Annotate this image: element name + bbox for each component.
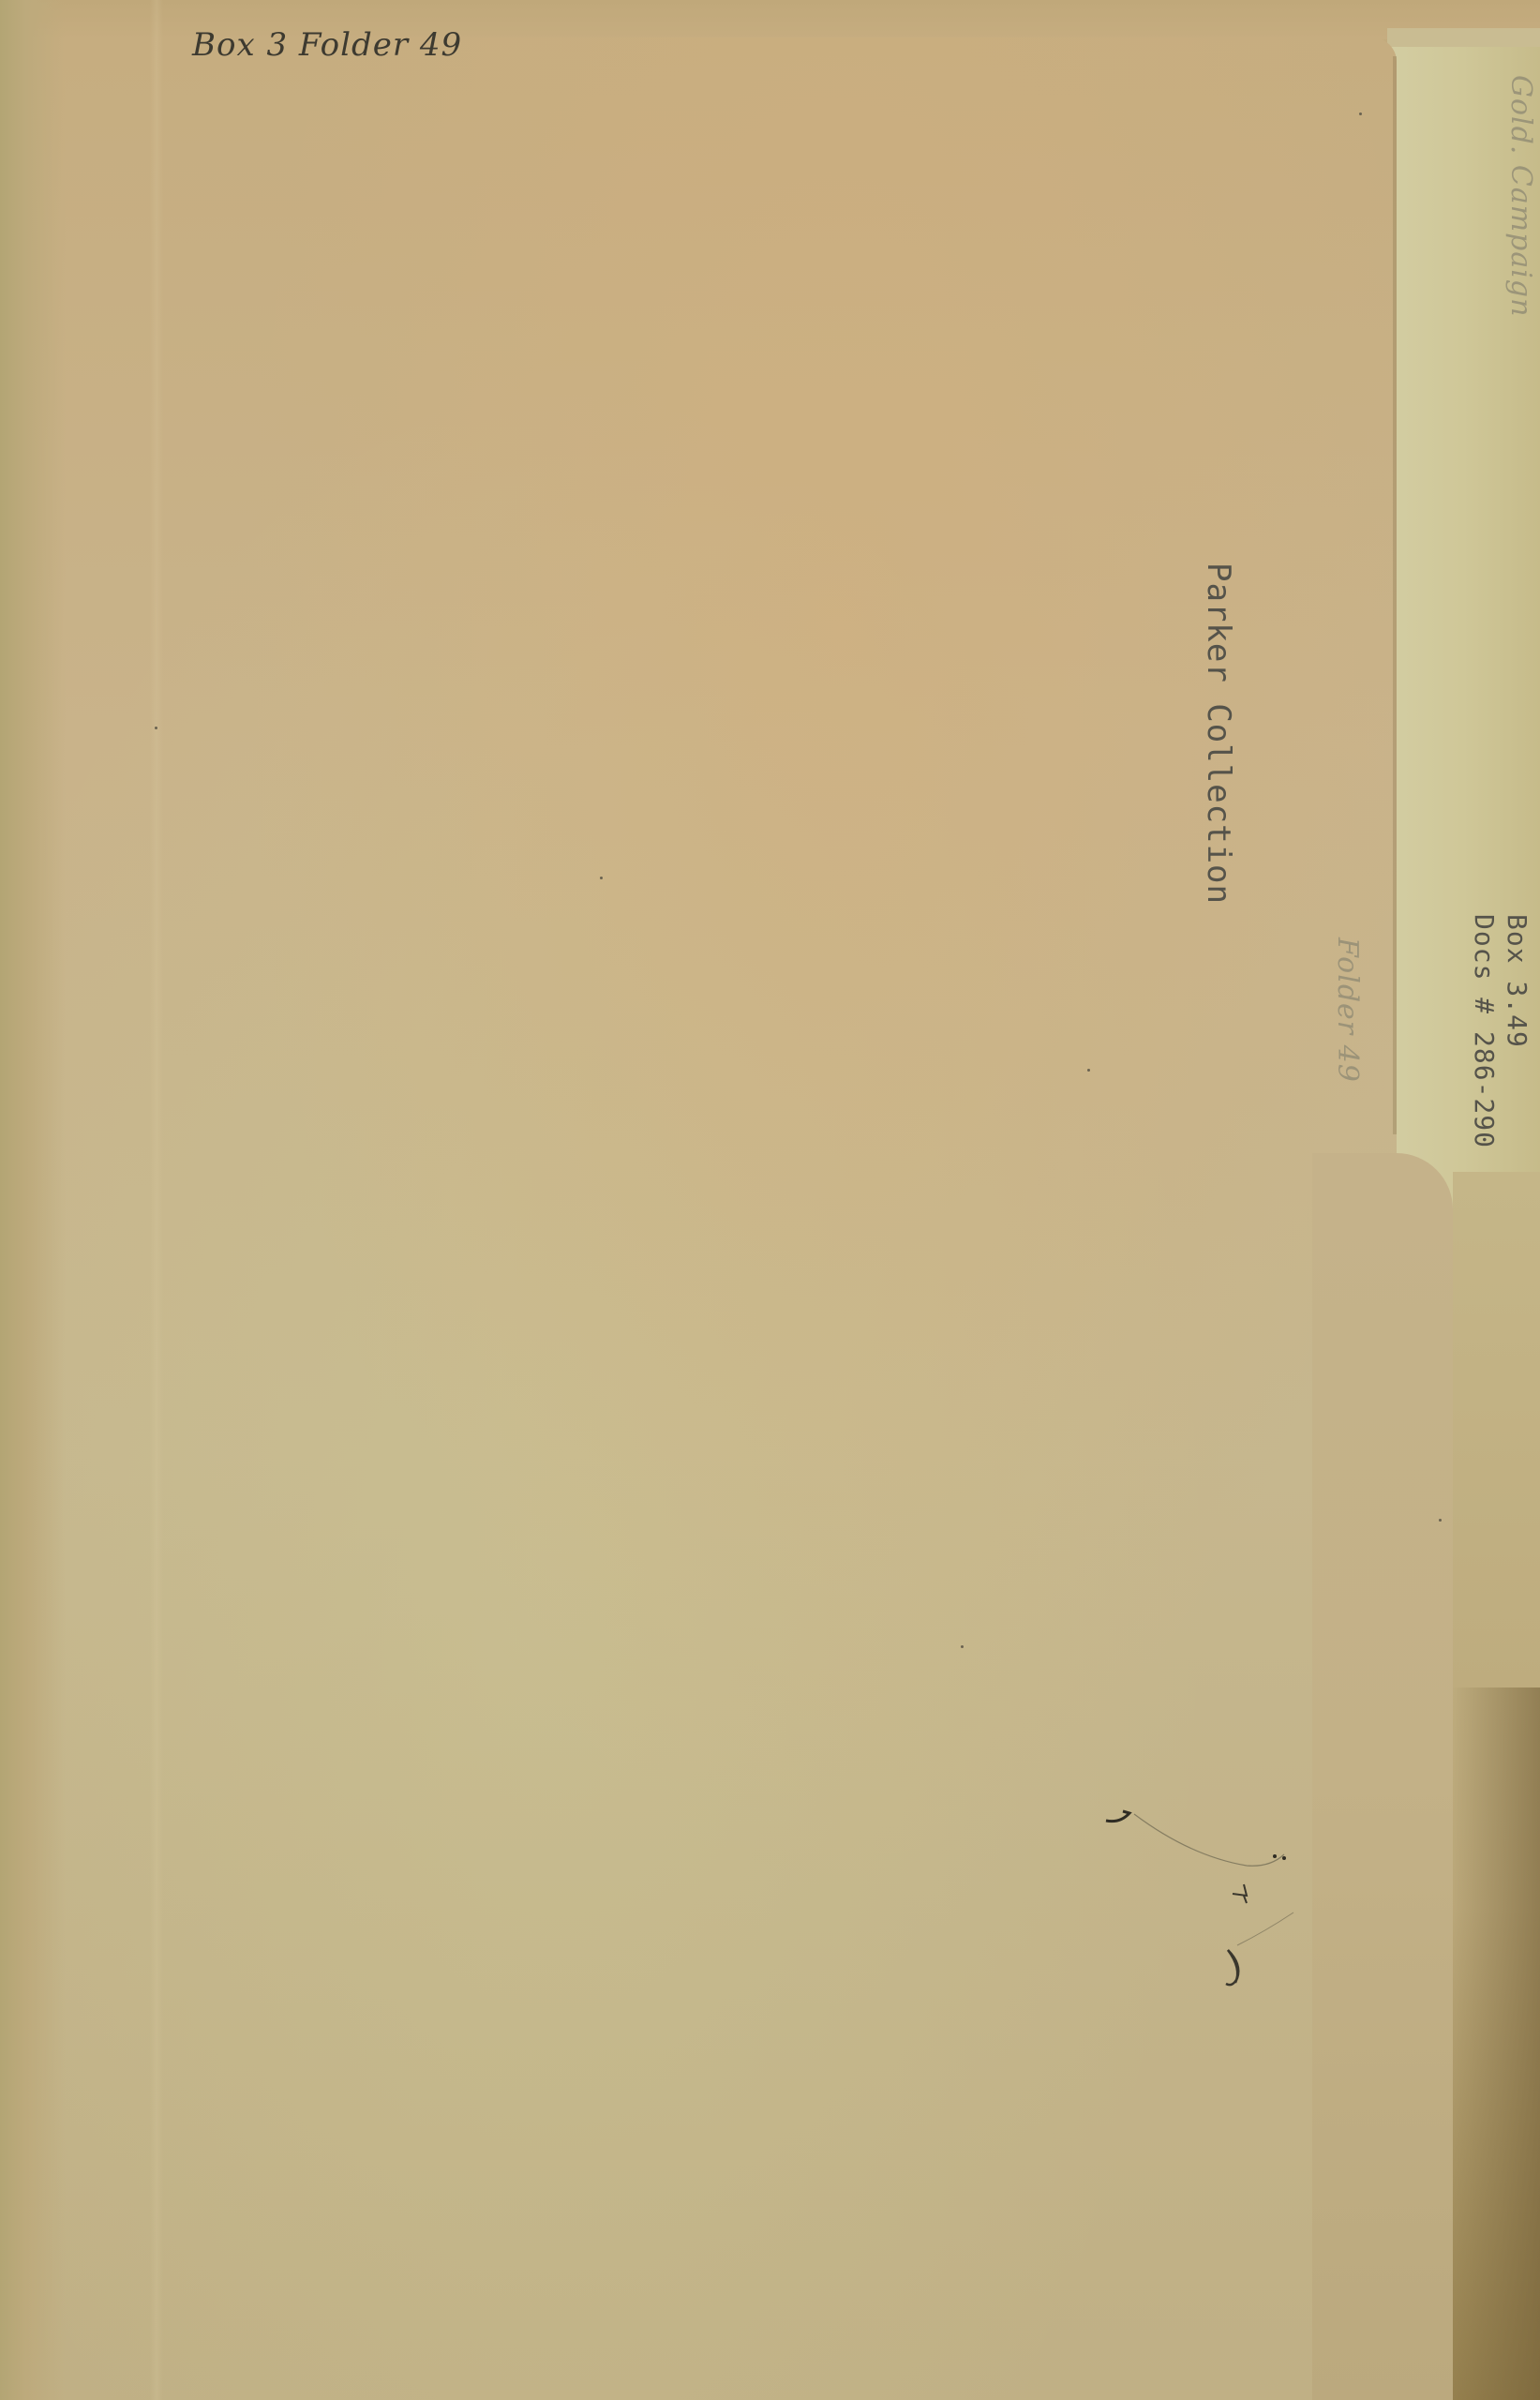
folder-crease <box>150 0 163 2400</box>
folder-scan: Box 3 Folder 49 Parker Collection Gold. … <box>0 0 1540 2400</box>
paper-speck <box>961 1645 964 1648</box>
folder-cover-edge <box>1393 56 1397 1134</box>
collection-label: Parker Collection <box>1200 562 1237 900</box>
paper-speck <box>155 727 157 729</box>
tab-title-label: Gold. Campaign <box>1504 75 1537 317</box>
paper-speck <box>1359 112 1362 115</box>
folder-tab-top <box>1387 28 1540 47</box>
folder-front-cover-lower-flap <box>1312 1153 1453 2400</box>
stray-pen-marks <box>1097 1800 1322 2025</box>
box-folder-label: Box 3 Folder 49 <box>192 26 462 64</box>
paper-speck <box>1087 1069 1090 1072</box>
paper-speck <box>600 877 603 879</box>
tab-box-number: Box 3.49 <box>1502 914 1533 1048</box>
folder-front-cover <box>0 37 1397 2400</box>
paper-speck <box>1439 1519 1442 1522</box>
faint-folder-number: Folder 49 <box>1331 937 1364 1083</box>
scan-right-shadow <box>1451 1687 1540 2400</box>
tab-docs-range: Docs # 286-290 <box>1469 914 1500 1148</box>
scan-left-shadow <box>0 0 66 2400</box>
